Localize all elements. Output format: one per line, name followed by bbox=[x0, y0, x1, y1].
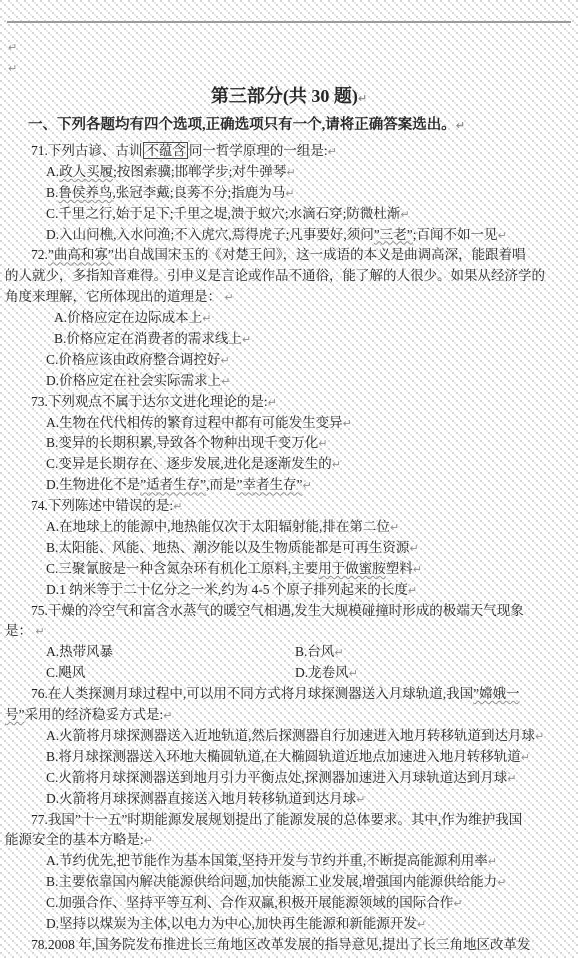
text-segment: C.加强合作、坚持平等互利、合作双赢,积极开展能源领域的国际合作 bbox=[46, 895, 453, 910]
question-71-option-a: A.政人买履;按图索骥;邯郸学步;对牛弹琴↵ bbox=[0, 162, 578, 183]
text-segment: A.在地球上的能源中,地热能仅次于太阳辐射能,排在第二位 bbox=[46, 519, 390, 534]
paragraph-mark-icon: ↵ bbox=[409, 542, 418, 555]
question-72-wrap: 的人就少，多指知音难得。引申义是言论或作品不通俗，能了解的人很少。如果从经济学的 bbox=[0, 266, 578, 287]
question-72-wrap: 角度来理解，它所体现出的道理是： ↵ bbox=[0, 287, 578, 308]
question-77-option-d: D.坚持以煤炭为主体,以电力为中心,加快再生能源和新能源开发↵ bbox=[0, 914, 578, 935]
section-instructions: 一、下列各题均有四个选项,正确选项只有一个,请将正确答案选出。↵ bbox=[0, 114, 578, 141]
question-74-option-b: B.太阳能、风能、地热、潮汐能以及生物质能都是可再生资源↵ bbox=[0, 538, 578, 559]
text-segment: A.生物在代代相传的繁育过程中都有可能发生变异 bbox=[46, 415, 343, 430]
paragraph-mark-icon: ↵ bbox=[302, 479, 311, 492]
text-segment: B. bbox=[46, 185, 58, 200]
text-segment: A.热带风暴 bbox=[46, 642, 295, 663]
paragraph-mark-icon: ↵ bbox=[358, 92, 367, 105]
document-lines: ↵↵第三部分(共 30 题)↵一、下列各题均有四个选项,正确选项只有一个,请将正… bbox=[0, 36, 578, 956]
question-71-option-b: B.鲁侯养鸟,张冠李戴;良莠不分;指鹿为马↵ bbox=[0, 183, 578, 204]
text-segment: C.火箭将月球探测器送到地月引力平衡点处,探测器加速进入月球轨道达到月球 bbox=[46, 770, 507, 785]
question-76-option-b: B.将月球探测器送入环地大椭圆轨道,在大椭圆轨道近地点加速进入地月转移轨道↵ bbox=[0, 747, 578, 768]
paragraph-mark-icon: ↵ bbox=[497, 876, 506, 889]
wavy-underlined-text: 用于做蜜胺 bbox=[318, 561, 386, 576]
paragraph-mark-icon: ↵ bbox=[535, 730, 544, 743]
text-segment: ;百闻不如一见 bbox=[413, 227, 498, 242]
text-segment: D.生物进化不是 bbox=[46, 477, 140, 492]
text-segment: B.台风 bbox=[295, 644, 334, 659]
wavy-underlined-text: 政人买履 bbox=[59, 164, 113, 179]
question-76-option-d: D.火箭将月球探测器直接送入地月转移轨道到达月球↵ bbox=[0, 789, 578, 810]
question-71-option-c: C.千里之行,始于足下;千里之堤,溃于蚁穴;水滴石穿;防微杜渐↵ bbox=[0, 204, 578, 225]
question-73-option-d: D.生物进化不是”适者生存”,而是”幸者生存”↵ bbox=[0, 475, 578, 496]
paragraph-mark-icon: ↵ bbox=[390, 521, 399, 534]
paragraph-mark-icon: ↵ bbox=[521, 751, 530, 764]
text-segment: 出自战国宋玉的《对楚王问》，这一成语的本义是曲调高深，能跟着唱 bbox=[114, 247, 526, 262]
text-segment: 78.2008 年,国务院发布推进长三角地区改革发展的指导意见,提出了长三角地区… bbox=[31, 937, 531, 952]
paragraph-mark-icon: ↵ bbox=[285, 187, 294, 200]
question-72-option-a: A.价格应定在边际成本上↵ bbox=[0, 308, 578, 329]
text-segment: A.火箭将月球探测器送入近地轨道,然后探测器自行加速进入地月转移轨道到达月球 bbox=[46, 728, 535, 743]
text-segment: 72. bbox=[31, 247, 48, 262]
wavy-underlined-text: ”曲高和寡” bbox=[48, 247, 114, 262]
question-71-option-d: D.入山问樵,入水问渔;不入虎穴,焉得虎子;凡事要好,须问”三老”;百闻不如一见… bbox=[0, 225, 578, 246]
question-76-option-a: A.火箭将月球探测器送入近地轨道,然后探测器自行加速进入地月转移轨道到达月球↵ bbox=[0, 726, 578, 747]
wavy-underlined-text: 号” bbox=[5, 707, 25, 722]
question-73: 73.下列观点不属于达尔文进化理论的是:↵ bbox=[0, 392, 578, 413]
paragraph-mark-icon: ↵ bbox=[332, 458, 341, 471]
text-segment: 76.在人类探测月球过程中,可以用不同方式将月球探测器送入月球轨道,我国 bbox=[31, 686, 473, 701]
paragraph-mark-icon: ↵ bbox=[8, 41, 17, 54]
text-segment: D.1 纳米等于二十亿分之一米,约为 4-5 个原子排列起来的长度 bbox=[46, 582, 408, 597]
paragraph-mark-icon: ↵ bbox=[334, 646, 343, 659]
question-74-option-a: A.在地球上的能源中,地热能仅次于太阳辐射能,排在第二位↵ bbox=[0, 517, 578, 538]
paragraph-mark-icon: ↵ bbox=[163, 709, 172, 722]
paragraph-mark-icon: ↵ bbox=[8, 62, 17, 75]
text-segment: B.主要依靠国内解决能源供给问题,加快能源工业发展,增强国内能源供给能力 bbox=[46, 874, 497, 889]
paragraph-mark-icon: ↵ bbox=[318, 437, 327, 450]
boxed-term: 不蕴含 bbox=[143, 142, 188, 159]
text-segment: 采用的经济稳妥方式是: bbox=[25, 707, 164, 722]
paragraph-mark-icon: ↵ bbox=[456, 119, 465, 132]
text-segment: 77.我国”十一五”时期能源发展规划提出了能源发展的总体要求。其中,作为维护我国 bbox=[31, 812, 522, 827]
paragraph-mark-icon: ↵ bbox=[202, 312, 211, 325]
text-segment: D.火箭将月球探测器直接送入地月转移轨道到达月球 bbox=[46, 791, 356, 806]
question-72: 72.”曲高和寡”出自战国宋玉的《对楚王问》，这一成语的本义是曲调高深，能跟着唱 bbox=[0, 245, 578, 266]
text-segment: 71.下列古谚、古训 bbox=[31, 143, 142, 158]
text-segment: 是： bbox=[5, 623, 35, 638]
text-segment: 同一哲学原理的一组是: bbox=[189, 143, 328, 158]
question-73-option-b: B.变异的长期积累,导致各个物种出现千变万化↵ bbox=[0, 433, 578, 454]
question-77-option-b: B.主要依靠国内解决能源供给问题,加快能源工业发展,增强国内能源供给能力↵ bbox=[0, 872, 578, 893]
text-segment: C.价格应该由政府整合调控好 bbox=[46, 352, 220, 367]
text-segment: D.龙卷风 bbox=[295, 665, 349, 680]
text-segment: 第三部分(共 30 题) bbox=[211, 86, 358, 106]
text-segment: 的人就少，多指知音难得。引申义是言论或作品不通俗，能了解的人很少。如果从经济学的 bbox=[5, 268, 545, 283]
question-75: 75.干燥的冷空气和富含水蒸气的暖空气相遇,发生大规模碰撞时形成的极端天气现象 bbox=[0, 601, 578, 622]
paragraph-mark-icon: ↵ bbox=[507, 772, 516, 785]
exam-document-page: ↵↵第三部分(共 30 题)↵一、下列各题均有四个选项,正确选项只有一个,请将正… bbox=[0, 0, 578, 958]
text-segment: ,而是 bbox=[206, 477, 236, 492]
question-76: 76.在人类探测月球过程中,可以用不同方式将月球探测器送入月球轨道,我国”嫦娥一 bbox=[0, 684, 578, 705]
text-segment: D.坚持以煤炭为主体,以电力为中心,加快再生能源和新能源开发 bbox=[46, 916, 417, 931]
question-72-option-c: C.价格应该由政府整合调控好↵ bbox=[0, 350, 578, 371]
text-segment: 塑料 bbox=[386, 561, 413, 576]
paragraph-mark-icon: ↵ bbox=[408, 584, 417, 597]
paragraph-mark-icon: ↵ bbox=[417, 918, 426, 931]
wavy-underlined-text: ”适者生存” bbox=[140, 477, 206, 492]
question-72-option-d: D.价格应定在社会实际需求上↵ bbox=[0, 371, 578, 392]
paragraph-mark-icon: ↵ bbox=[488, 855, 497, 868]
question-75-options-cd: C.飓风D.龙卷风↵ bbox=[0, 663, 578, 684]
question-75-options-ab: A.热带风暴B.台风↵ bbox=[0, 642, 578, 663]
text-segment: A.价格应定在边际成本上 bbox=[54, 310, 202, 325]
question-77-option-a: A.节约优先,把节能作为基本国策,坚持开发与节约并重,不断提高能源利用率↵ bbox=[0, 851, 578, 872]
wavy-underlined-text: ”嫦娥一 bbox=[473, 686, 520, 701]
text-segment: B.价格应定在消费者的需求线上 bbox=[54, 331, 242, 346]
paragraph-mark-icon: ↵ bbox=[224, 291, 233, 304]
text-segment: 73.下列观点不属于达尔文进化理论的是: bbox=[31, 394, 268, 409]
question-77: 77.我国”十一五”时期能源发展规划提出了能源发展的总体要求。其中,作为维护我国 bbox=[0, 810, 578, 831]
paragraph-mark-icon: ↵ bbox=[220, 354, 229, 367]
question-74-option-c: C.三聚氰胺是一种含氮杂环有机化工原料,主要用于做蜜胺塑料↵ bbox=[0, 559, 578, 580]
question-71: 71.下列古谚、古训不蕴含同一哲学原理的一组是:↵ bbox=[0, 141, 578, 162]
text-segment: A.节约优先,把节能作为基本国策,坚持开发与节约并重,不断提高能源利用率 bbox=[46, 853, 488, 868]
question-77-option-c: C.加强合作、坚持平等互利、合作双赢,积极开展能源领域的国际合作↵ bbox=[0, 893, 578, 914]
paragraph-mark-icon: ↵ bbox=[343, 417, 352, 430]
wavy-underlined-text: ”幸者生存” bbox=[236, 477, 302, 492]
paragraph-mark-icon: ↵ bbox=[35, 625, 44, 638]
text-segment: B.将月球探测器送入环地大椭圆轨道,在大椭圆轨道近地点加速进入地月转移轨道 bbox=[46, 749, 521, 764]
text-segment: 角度来理解，它所体现出的道理是： bbox=[5, 289, 224, 304]
wavy-underlined-text: ”三老” bbox=[374, 227, 413, 242]
text-segment: B.太阳能、风能、地热、潮汐能以及生物质能都是可再生资源 bbox=[46, 540, 409, 555]
question-76-option-c: C.火箭将月球探测器送到地月引力平衡点处,探测器加速进入月球轨道达到月球↵ bbox=[0, 768, 578, 789]
question-77-wrap: 能源安全的基本方略是:↵ bbox=[0, 830, 578, 851]
paragraph-mark-icon: ↵ bbox=[242, 333, 251, 346]
empty-paragraph: ↵ bbox=[0, 57, 578, 78]
empty-paragraph: ↵ bbox=[0, 36, 578, 57]
text-segment: D.入山问樵,入水问渔;不入虎穴,焉得虎子;凡事要好,须问 bbox=[46, 227, 374, 242]
question-73-option-c: C.变异是长期存在、逐步发展,进化是逐渐发生的↵ bbox=[0, 454, 578, 475]
paragraph-mark-icon: ↵ bbox=[413, 563, 422, 576]
wavy-underlined-text: 鲁侯养鸟 bbox=[58, 185, 112, 200]
paragraph-mark-icon: ↵ bbox=[349, 667, 358, 680]
text-segment: 74.下列陈述中错误的是: bbox=[31, 498, 173, 513]
paragraph-mark-icon: ↵ bbox=[498, 229, 507, 242]
text-segment: C.变异是长期存在、逐步发展,进化是逐渐发生的 bbox=[46, 456, 332, 471]
paragraph-mark-icon: ↵ bbox=[286, 166, 295, 179]
question-74: 74.下列陈述中错误的是:↵ bbox=[0, 496, 578, 517]
question-74-option-d: D.1 纳米等于二十亿分之一米,约为 4-5 个原子排列起来的长度↵ bbox=[0, 580, 578, 601]
paragraph-mark-icon: ↵ bbox=[356, 793, 365, 806]
paragraph-mark-icon: ↵ bbox=[328, 145, 337, 158]
question-72-option-b: B.价格应定在消费者的需求线上↵ bbox=[0, 329, 578, 350]
text-segment: 能源安全的基本方略是: bbox=[5, 832, 144, 847]
part-title: 第三部分(共 30 题)↵ bbox=[0, 78, 578, 114]
text-segment: 一、下列各题均有四个选项,正确选项只有一个,请将正确答案选出。 bbox=[28, 117, 456, 133]
paragraph-mark-icon: ↵ bbox=[221, 375, 230, 388]
question-75-wrap: 是： ↵ bbox=[0, 621, 578, 642]
text-segment: ,张冠李戴;良莠不分;指鹿为马 bbox=[112, 185, 285, 200]
text-segment: A. bbox=[46, 164, 59, 179]
text-segment: 75.干燥的冷空气和富含水蒸气的暖空气相遇,发生大规模碰撞时形成的极端天气现象 bbox=[31, 603, 524, 618]
question-73-option-a: A.生物在代代相传的繁育过程中都有可能发生变异↵ bbox=[0, 413, 578, 434]
question-76-wrap: 号”采用的经济稳妥方式是:↵ bbox=[0, 705, 578, 726]
text-segment: C.千里之行,始于足下;千里之堤,溃于蚁穴;水滴石穿;防微杜渐 bbox=[46, 206, 400, 221]
header-rule bbox=[7, 21, 571, 23]
paragraph-mark-icon: ↵ bbox=[144, 834, 153, 847]
text-segment: B.变异的长期积累,导致各个物种出现千变万化 bbox=[46, 435, 318, 450]
paragraph-mark-icon: ↵ bbox=[173, 500, 182, 513]
text-segment: ;按图索骥;邯郸学步;对牛弹琴 bbox=[113, 164, 286, 179]
paragraph-mark-icon: ↵ bbox=[453, 897, 462, 910]
text-segment: C.飓风 bbox=[46, 663, 295, 684]
paragraph-mark-icon: ↵ bbox=[268, 396, 277, 409]
paragraph-mark-icon: ↵ bbox=[400, 208, 409, 221]
text-segment: D.价格应定在社会实际需求上 bbox=[46, 373, 221, 388]
question-78: 78.2008 年,国务院发布推进长三角地区改革发展的指导意见,提出了长三角地区… bbox=[0, 935, 578, 956]
text-segment: C.三聚氰胺是一种含氮杂环有机化工原料,主要 bbox=[46, 561, 318, 576]
